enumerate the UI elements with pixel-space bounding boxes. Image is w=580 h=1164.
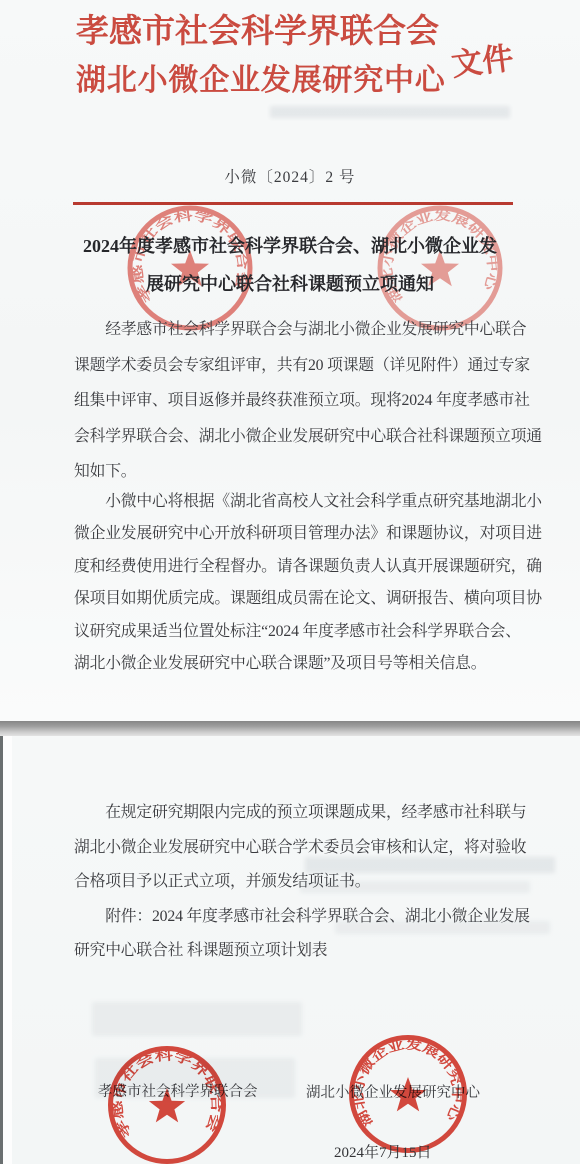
document-date: 2024年7月15日	[334, 1141, 432, 1162]
official-seal-left: 孝感市社会科学界联合会	[103, 1041, 231, 1164]
text-line: 微企业发展研究中心开放科研项目管理办法》和课题协议，对项目进	[74, 518, 516, 550]
text-line: 课题学术委员会专家组评审，共有20 项课题（详见附件）通过专家	[74, 348, 516, 384]
text-line: 湖北小微企业发展研究中心联合课题”及项目号等相关信息。	[74, 648, 516, 680]
page-edge-margin	[3, 736, 12, 1164]
official-seal-right: 湖北小微企业发展研究中心	[344, 1030, 472, 1158]
text-line: 组集中评审、项目返修并最终获准预立项。现将2024 年度孝感市社	[74, 383, 516, 419]
notice-title: 2024年度孝感市社会科学界联合会、湖北小微企业发 展研究中心联合社科课题预立项…	[40, 227, 540, 303]
org-name-line1: 孝感市社会科学界联合会	[76, 5, 439, 52]
notice-title-line1: 2024年度孝感市社会科学界联合会、湖北小微企业发	[40, 227, 540, 265]
paragraph-2: 小微中心将根据《湖北省高校人文社会科学重点研究基地湖北小微企业发展研究中心开放科…	[74, 486, 516, 680]
paragraph-1: 经孝感市社会科学界联合会与湖北小微企业发展研究中心联合课题学术委员会专家组评审，…	[74, 312, 516, 490]
text-line: 研究中心联合社 科课题预立项计划表	[74, 934, 516, 968]
text-line: 知如下。	[74, 454, 516, 490]
doc-number: 小微〔2024〕2 号	[0, 165, 580, 187]
bleedthrough-ghost	[335, 921, 550, 934]
page-break-divider	[0, 721, 580, 736]
bleedthrough-ghost	[270, 106, 510, 118]
attachment-note: 附件：2024 年度孝感市社会科学界联合会、湖北小微企业发展研究中心联合社 科课…	[74, 900, 516, 968]
text-line: 会科学界联合会、湖北小微企业发展研究中心联合社科课题预立项通	[74, 419, 516, 455]
notice-title-line2: 展研究中心联合社科课题预立项通知	[40, 265, 540, 303]
text-line: 保项目如期优质完成。课题组成员需在论文、调研报告、横向项目协	[74, 583, 516, 615]
doc-type-label: 文件	[448, 32, 515, 84]
text-line: 议研究成果适当位置处标注“2024 年度孝感市社会科学界联合会、	[74, 616, 516, 648]
bleedthrough-ghost	[300, 881, 530, 893]
bleedthrough-ghost	[92, 1002, 302, 1036]
text-line: 小微中心将根据《湖北省高校人文社会科学重点研究基地湖北小	[74, 486, 516, 518]
scanned-document: 孝感市社会科学界联合会 湖北小微企业发展研究中心 文件 小微〔2024〕2 号 …	[0, 0, 580, 1164]
org-name-line2: 湖北小微企业发展研究中心	[76, 55, 446, 99]
text-line: 经孝感市社会科学界联合会与湖北小微企业发展研究中心联合	[74, 312, 516, 348]
text-line: 在规定研究期限内完成的预立项课题成果，经孝感市社科联与	[74, 796, 516, 831]
text-line: 度和经费使用进行全程督办。请各课题负责人认真开展课题研究，确	[74, 551, 516, 583]
bleedthrough-ghost	[305, 857, 555, 873]
star-icon	[390, 1077, 426, 1111]
star-icon	[149, 1088, 185, 1122]
